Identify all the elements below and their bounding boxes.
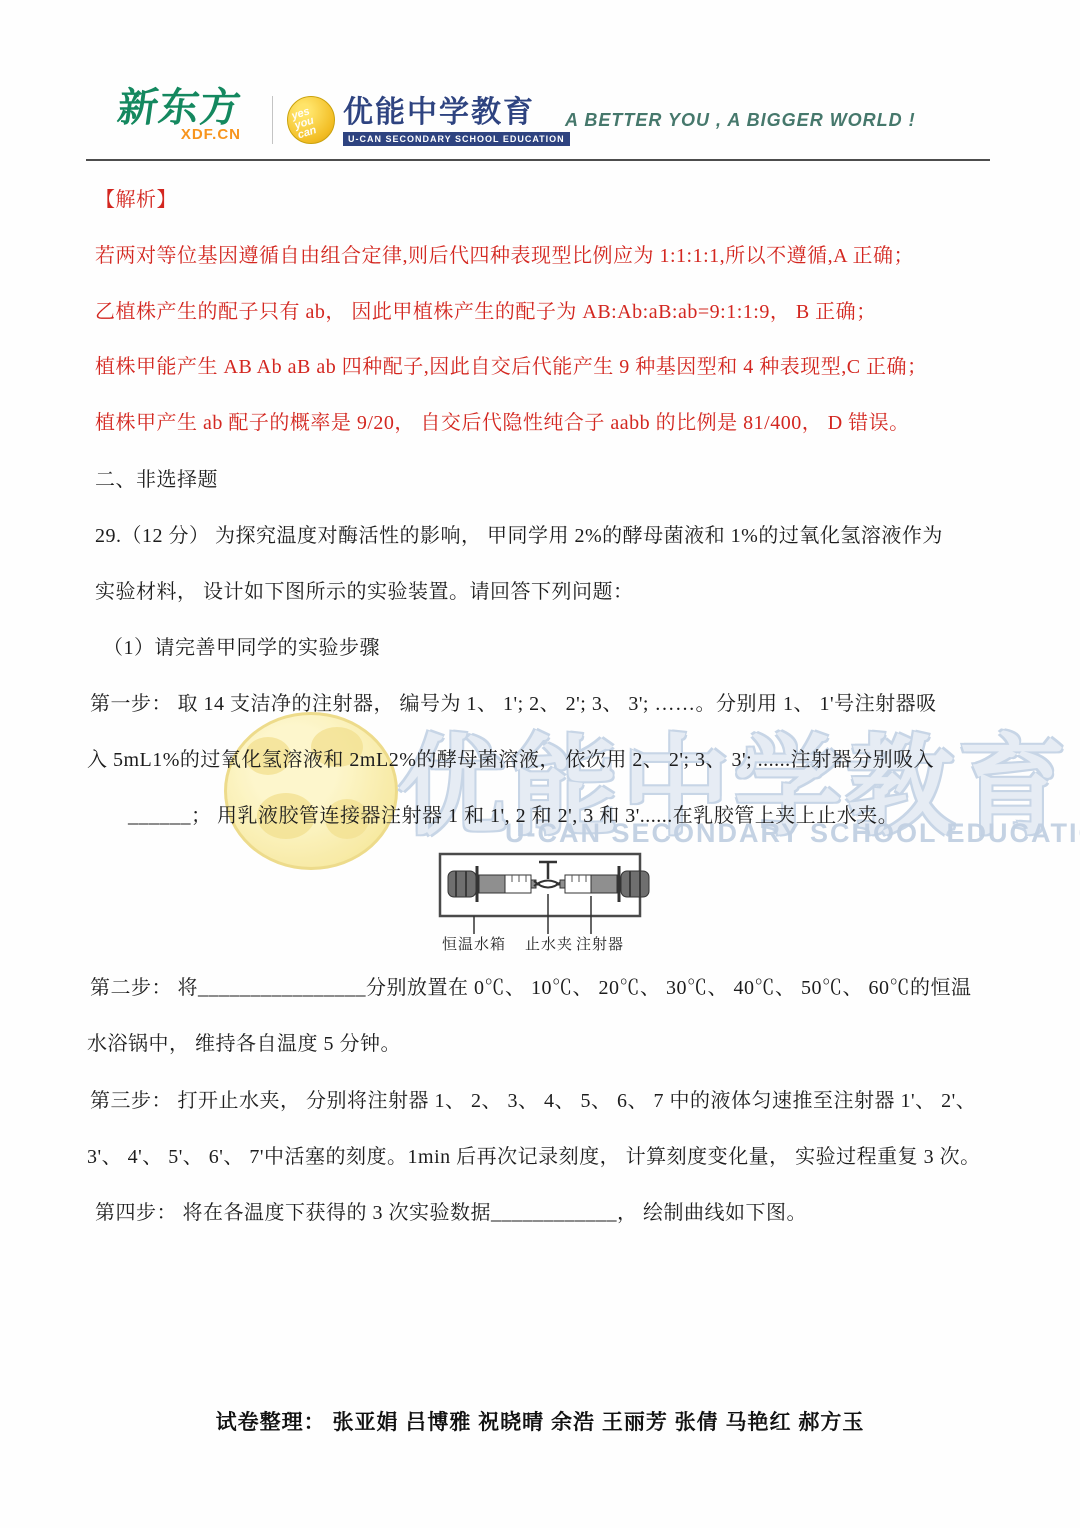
- question-line: 水浴锅中， 维持各自温度 5 分钟。: [87, 1027, 401, 1056]
- question-line: 第一步： 取 14 支洁净的注射器， 编号为 1、 1'; 2、 2'; 3、 …: [90, 687, 937, 716]
- right-nozzle: [560, 880, 565, 888]
- xdf-logo-text: 新东方: [115, 88, 244, 128]
- document-page: 优能中学教育 U-CAN SECONDARY SCHOOL EDUCATION …: [0, 0, 1080, 1528]
- footer-credits: 试卷整理： 张亚娟 吕博雅 祝晓晴 余浩 王丽芳 张倩 马艳红 郝方玉: [0, 1406, 1080, 1436]
- header-rule: [86, 159, 990, 161]
- question-line: （1）请完善甲同学的实验步骤: [103, 631, 380, 660]
- question-line: 3'、 4'、 5'、 6'、 7'中活塞的刻度。1min 后再次记录刻度， 计…: [87, 1140, 981, 1169]
- right-barrel-dark: [591, 875, 617, 893]
- watermark-globe-icon: [224, 712, 398, 870]
- left-plunger-handle: [448, 871, 476, 897]
- ucan-logo: 优能中学教育 U-CAN SECONDARY SCHOOL EDUCATION: [343, 96, 570, 147]
- section-heading: 二、非选择题: [95, 463, 218, 492]
- xdf-logo: 新东方 XDF.CN: [118, 88, 241, 143]
- apparatus-diagram: 恒温水箱 止水夹 注射器: [428, 844, 668, 956]
- ucan-logo-subtext: U-CAN SECONDARY SCHOOL EDUCATION: [343, 132, 570, 146]
- header-tagline: A BETTER YOU , A BIGGER WORLD !: [565, 110, 916, 131]
- question-line: 第四步： 将在各温度下获得的 3 次实验数据____________， 绘制曲线…: [95, 1196, 807, 1225]
- analysis-line: 植株甲能产生 AB Ab aB ab 四种配子,因此自交后代能产生 9 种基因型…: [95, 350, 928, 379]
- analysis-line: 植株甲产生 ab 配子的概率是 9/20， 自交后代隐性纯合子 aabb 的比例…: [95, 406, 910, 435]
- diagram-label-clamp: 止水夹: [525, 936, 573, 953]
- globe-script-text: yes you can: [290, 100, 337, 141]
- diagram-label-syringe: 注射器: [576, 936, 624, 953]
- analysis-heading: 【解析】: [95, 183, 177, 212]
- right-plunger-handle: [621, 871, 649, 897]
- right-barrel-scale: [565, 875, 591, 893]
- question-line: 第三步： 打开止水夹， 分别将注射器 1、 2、 3、 4、 5、 6、 7 中…: [90, 1084, 976, 1113]
- question-line: ______； 用乳液胶管连接器注射器 1 和 1', 2 和 2', 3 和 …: [128, 799, 898, 828]
- question-line: 实验材料， 设计如下图所示的实验装置。请回答下列问题：: [95, 575, 634, 604]
- left-barrel-dark: [479, 875, 505, 893]
- question-line: 入 5mL1%的过氧化氢溶液和 2mL2%的酵母菌溶液， 依次用 2、 2'; …: [87, 743, 934, 772]
- analysis-line: 若两对等位基因遵循自由组合定律,则后代四种表现型比例应为 1:1:1:1,所以不…: [95, 239, 914, 268]
- question-line: 29.（12 分） 为探究温度对酶活性的影响， 甲同学用 2%的酵母菌液和 1%…: [95, 519, 943, 548]
- analysis-line: 乙植株产生的配子只有 ab， 因此甲植株产生的配子为 AB:Ab:aB:ab=9…: [95, 295, 877, 324]
- question-line: 第二步： 将________________分别放置在 0℃、 10℃、 20℃…: [90, 971, 972, 1000]
- header-divider: [272, 96, 273, 144]
- ucan-logo-text: 优能中学教育: [343, 96, 570, 129]
- diagram-label-water-box: 恒温水箱: [442, 936, 506, 953]
- left-barrel-scale: [505, 875, 531, 893]
- ucan-globe-icon: yes you can: [287, 96, 335, 144]
